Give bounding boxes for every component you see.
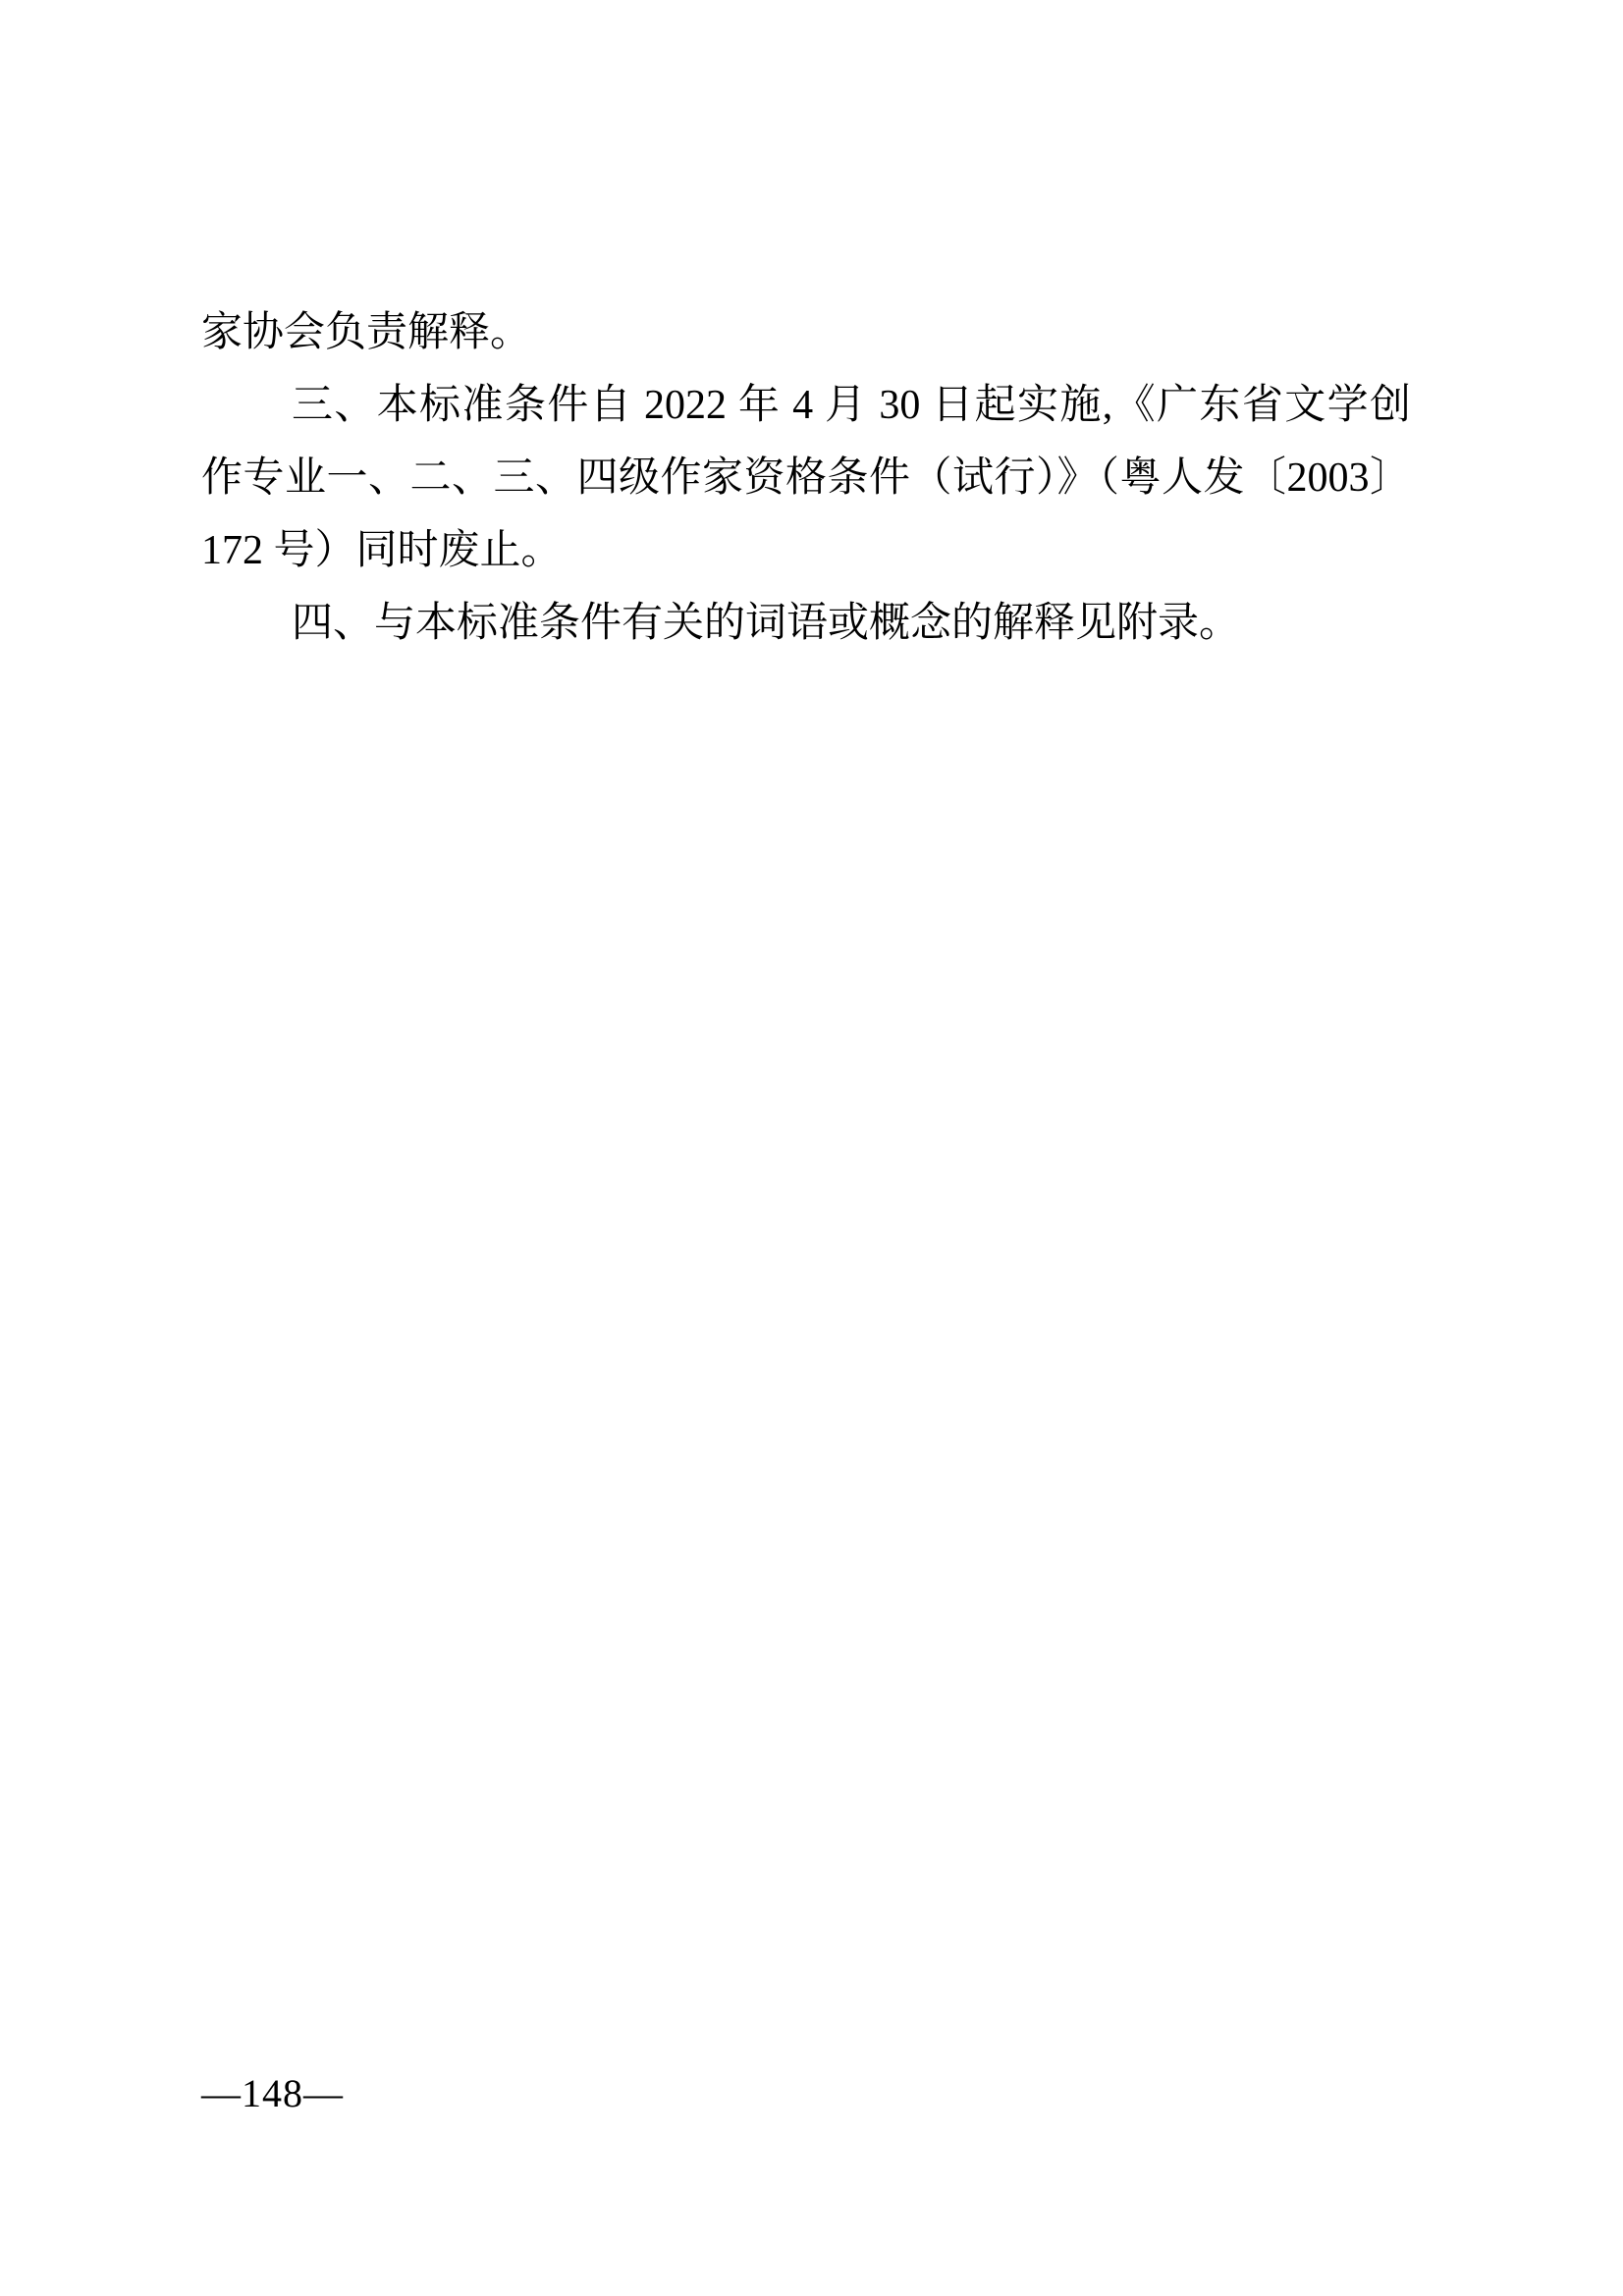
page-number: —148— bbox=[201, 2071, 344, 2116]
text-line: 四、与本标准条件有关的词语或概念的解释见附录。 bbox=[201, 587, 1411, 660]
text-line: 172 号）同时废止。 bbox=[201, 514, 1411, 587]
text-line: 家协会负责解释。 bbox=[201, 296, 1411, 369]
text-line: 作专业一、二、三、四级作家资格条件（试行）》（粤人发〔2003〕 bbox=[201, 442, 1411, 514]
body-text: 家协会负责解释。 三、本标准条件自 2022 年 4 月 30 日起实施,《广东… bbox=[201, 296, 1411, 660]
document-page: 家协会负责解释。 三、本标准条件自 2022 年 4 月 30 日起实施,《广东… bbox=[0, 0, 1623, 2296]
text-line: 三、本标准条件自 2022 年 4 月 30 日起实施,《广东省文学创 bbox=[201, 369, 1411, 442]
